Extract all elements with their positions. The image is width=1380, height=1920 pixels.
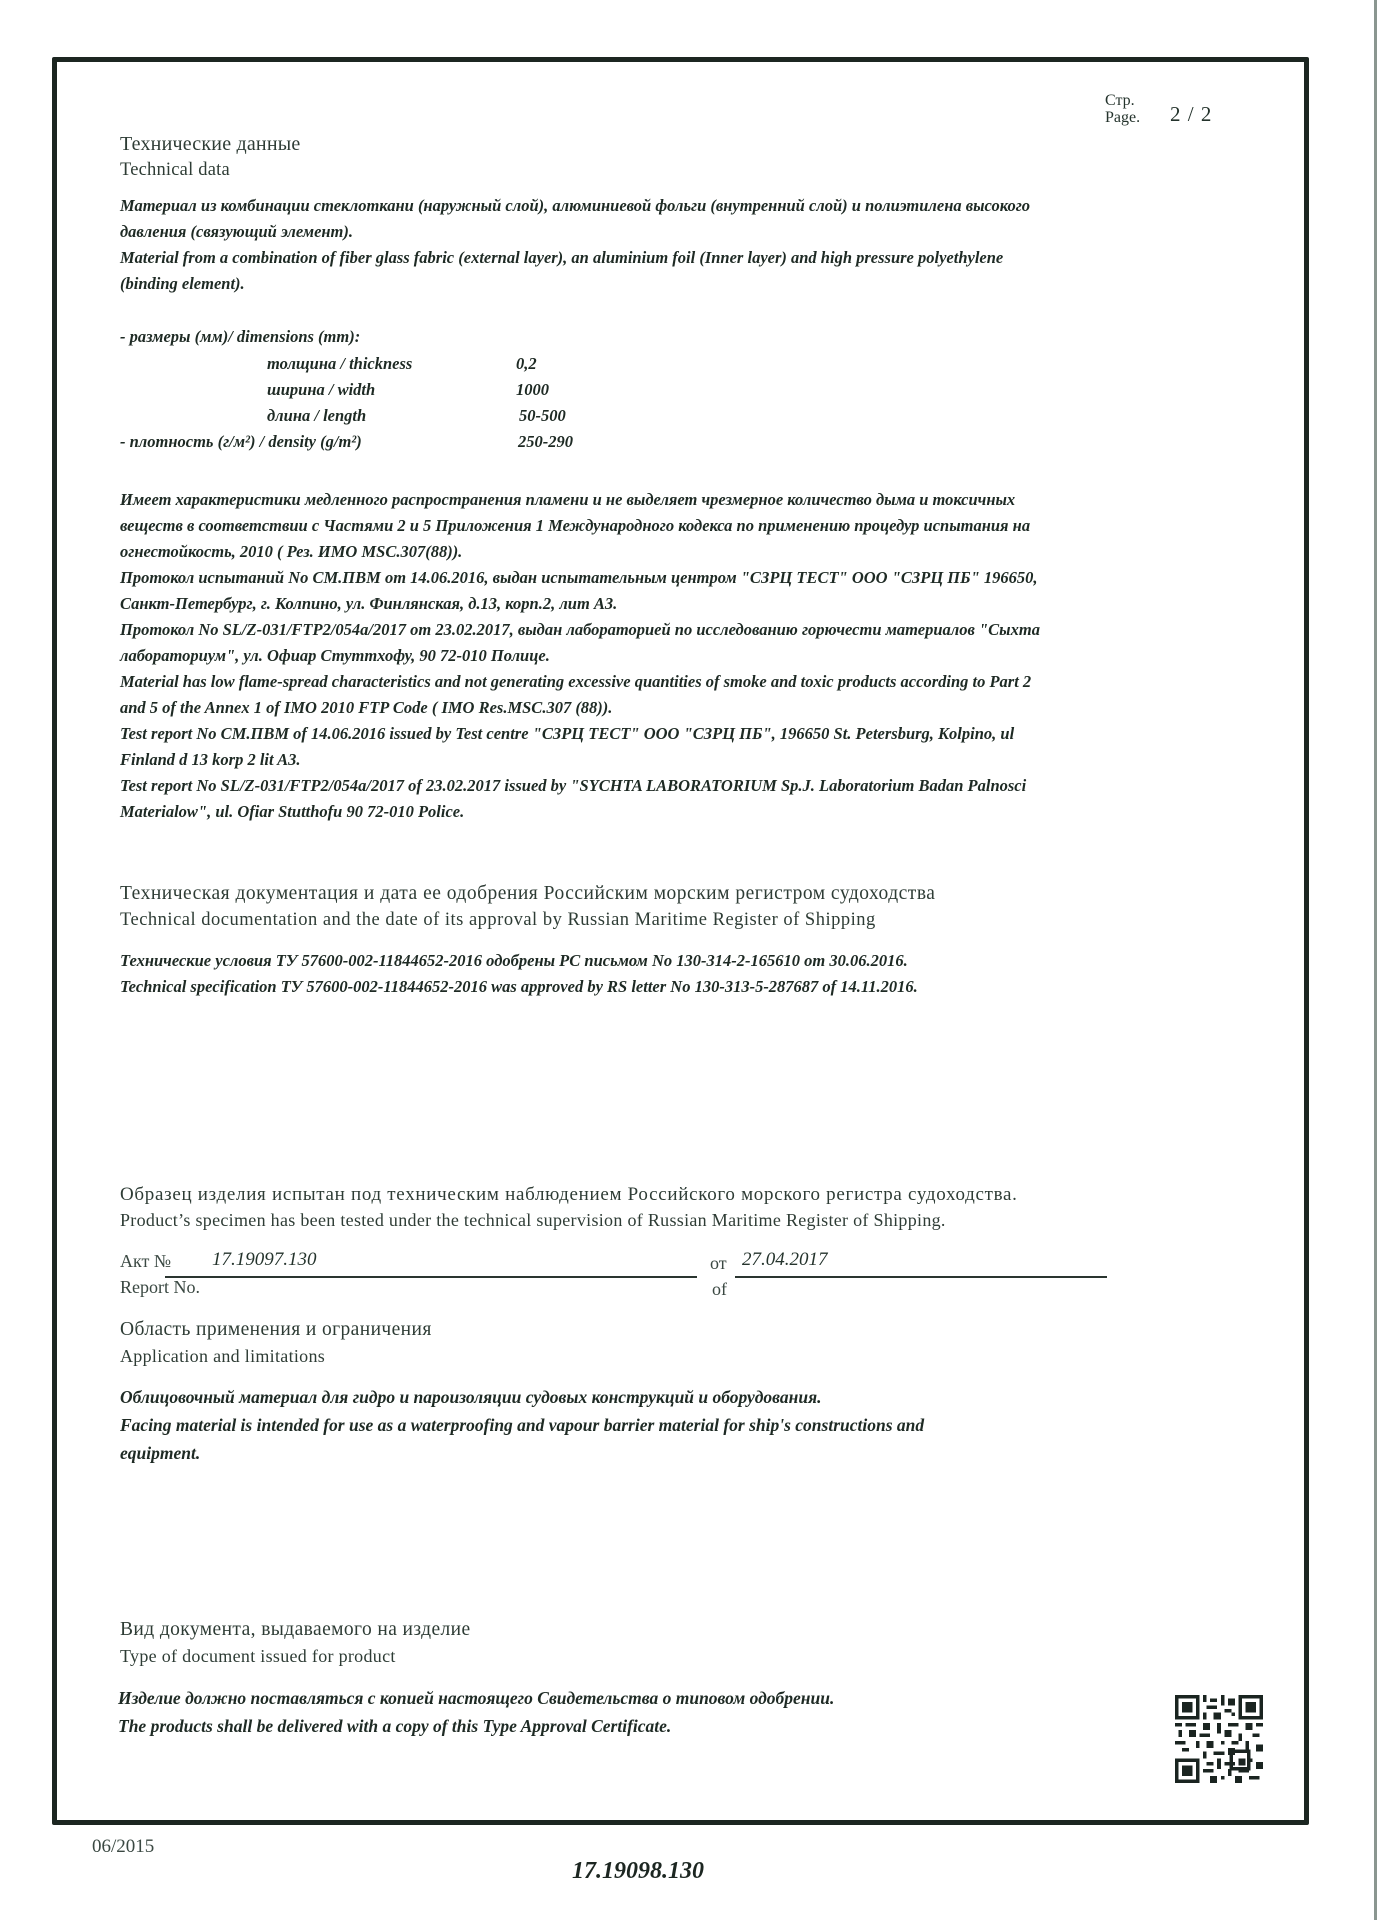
application-heading-ru: Область применения и ограничения <box>120 1318 432 1342</box>
material-en-line2: (binding element). <box>120 271 245 297</box>
report-date-label-en: of <box>712 1279 727 1299</box>
documentation-heading-en: Technical documentation and the date of … <box>120 908 876 932</box>
report-date-value: 27.04.2017 <box>742 1249 828 1271</box>
spec-approval-en: Technical specification ТУ 57600-002-118… <box>120 974 918 1000</box>
fire-text-line: лабораториум", ул. Офиар Стуттхофу, 90 7… <box>120 643 550 669</box>
page-label-en: Page. <box>1105 109 1140 126</box>
fire-text-line: веществ в соответствии с Частями 2 и 5 П… <box>120 513 1030 539</box>
spec-approval-ru: Технические условия ТУ 57600-002-1184465… <box>120 948 908 974</box>
fire-text-line: Протокол испытаний No CM.ПВМ от 14.06.20… <box>120 565 1038 591</box>
page-label-ru: Стр. <box>1105 92 1140 109</box>
dimension-value: 0,2 <box>516 351 537 377</box>
fire-text-line: Material has low flame-spread characteri… <box>120 669 1031 695</box>
dimensions-label: - размеры (мм)/ dimensions (mm): <box>120 324 360 350</box>
fire-text-line: Протокол No SL/Z-031/FTP2/054a/2017 от 2… <box>120 617 1040 643</box>
fire-text-line: Санкт-Петербург, г. Колпино, ул. Финлянс… <box>120 591 617 617</box>
document-border <box>52 57 1309 1825</box>
application-text-en-line1: Facing material is intended for use as a… <box>120 1411 924 1439</box>
qr-code-icon <box>1175 1695 1263 1783</box>
application-text-en-line2: equipment. <box>120 1439 200 1467</box>
fire-text-line: Test report No SL/Z-031/FTP2/054a/2017 o… <box>120 773 1026 799</box>
dimension-row-thickness: толщина / thickness 0,2 <box>267 351 667 377</box>
dimension-row-length: длина / length 50-500 <box>267 403 667 429</box>
density-row: - плотность (г/м²) / density (g/m²) 250-… <box>120 429 680 455</box>
scan-page-edge <box>1374 0 1377 1920</box>
report-number-label-en: Report No. <box>120 1277 200 1297</box>
document-type-text-en: The products shall be delivered with a c… <box>118 1712 671 1740</box>
report-date-underline <box>735 1276 1107 1278</box>
material-en-line1: Material from a combination of fiber gla… <box>120 245 1003 271</box>
material-ru-line2: давления (связующий элемент). <box>120 219 353 245</box>
dimension-label: толщина / thickness <box>267 351 412 377</box>
page-number: 2 / 2 <box>1170 102 1212 127</box>
report-number-label-ru: Акт № <box>120 1251 171 1271</box>
certificate-number: 17.19098.130 <box>572 1858 704 1885</box>
density-value: 250-290 <box>518 429 573 455</box>
application-heading-en: Application and limitations <box>120 1344 325 1368</box>
page-label: Стр. Page. <box>1105 92 1140 126</box>
technical-data-heading-ru: Технические данные <box>120 132 300 156</box>
material-ru-line1: Материал из комбинации стеклоткани (нару… <box>120 193 1030 219</box>
report-number-value: 17.19097.130 <box>212 1249 317 1271</box>
report-number-underline <box>165 1276 697 1278</box>
fire-text-line: Имеет характеристики медленного распрост… <box>120 487 1015 513</box>
documentation-heading-ru: Техническая документация и дата ее одобр… <box>120 882 935 906</box>
dimension-label: ширина / width <box>267 377 375 403</box>
fire-text-line: огнестойкость, 2010 ( Рез. ИМО MSC.307(8… <box>120 539 462 565</box>
report-date-label-ru: от <box>710 1253 727 1273</box>
fire-text-line: and 5 of the Annex 1 of IMO 2010 FTP Cod… <box>120 695 612 721</box>
density-label: - плотность (г/м²) / density (g/m²) <box>120 429 362 455</box>
dimension-value: 50-500 <box>519 403 566 429</box>
technical-data-heading-en: Technical data <box>120 158 230 182</box>
dimension-row-width: ширина / width 1000 <box>267 377 667 403</box>
specimen-heading-ru: Образец изделия испытан под техническим … <box>120 1183 1018 1207</box>
application-text-ru: Облицовочный материал для гидро и пароиз… <box>120 1383 821 1411</box>
fire-text-line: Test report No CM.ПВМ of 14.06.2016 issu… <box>120 721 1014 747</box>
document-type-heading-ru: Вид документа, выдаваемого на изделие <box>120 1618 471 1642</box>
dimension-value: 1000 <box>516 377 549 403</box>
fire-text-line: Materialow", ul. Ofiar Stutthofu 90 72-0… <box>120 799 464 825</box>
form-date: 06/2015 <box>92 1836 154 1858</box>
specimen-heading-en: Product’s specimen has been tested under… <box>120 1208 946 1232</box>
document-type-heading-en: Type of document issued for product <box>120 1644 396 1668</box>
dimension-label: длина / length <box>267 403 366 429</box>
document-type-text-ru: Изделие должно поставляться с копией нас… <box>118 1684 834 1712</box>
fire-text-line: Finland d 13 korp 2 lit A3. <box>120 747 300 773</box>
